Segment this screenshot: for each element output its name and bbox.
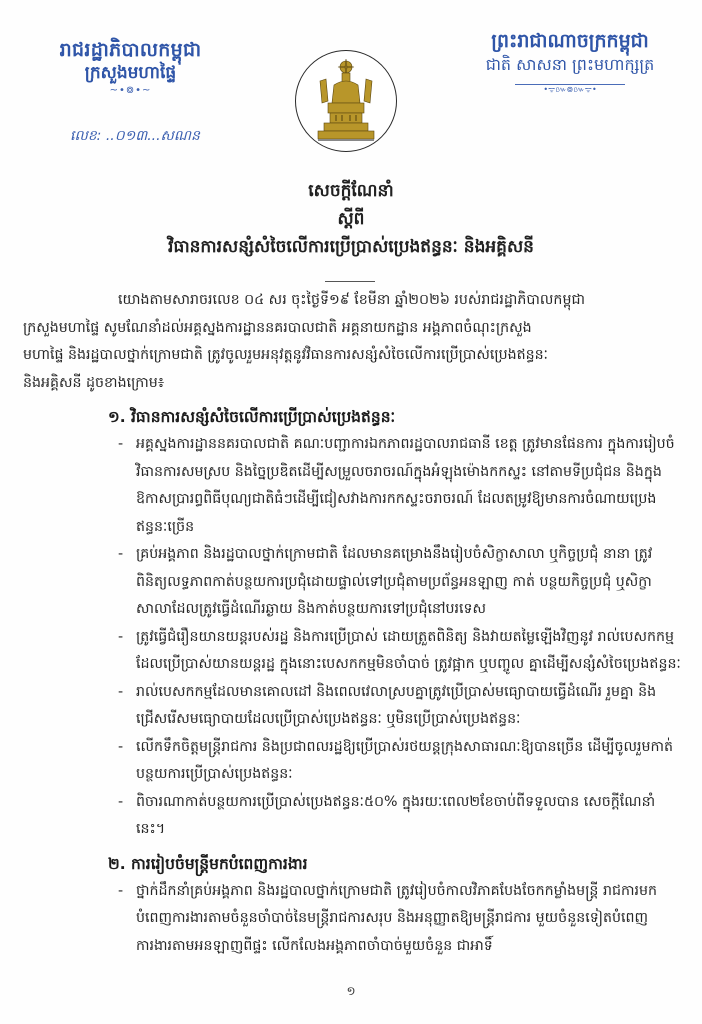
ornament-icon: •ᯤ៚៙៚ᯤ• <box>539 85 600 94</box>
document-page: រាជរដ្ឋាភិបាលកម្ពុជា ក្រសួងមហាផ្ទៃ ~•៙•~… <box>0 0 702 1024</box>
list-item: - លើកទឹកចិត្តមន្ត្រីរាជការ និងប្រជាពលរដ្… <box>118 734 683 789</box>
ministry-name: ក្រសួងមហាផ្ទៃ <box>48 62 213 84</box>
intro-line: ក្រសួងមហាផ្ទៃ សូមណែនាំដល់អគ្គស្នងការដ្ឋា… <box>23 315 683 343</box>
document-body: យោងតាមសារាចរលេខ ០៤ សរ ចុះថ្ងៃទី១៩ ខែមីនា… <box>118 287 683 960</box>
list-item: - រាល់បេសកកម្មដែលមានគោលដៅ និងពេលវេលាស្រប… <box>118 679 683 734</box>
section-heading: ១. វិធានការសន្សំសំចៃលើការប្រើប្រាស់ប្រេង… <box>108 403 683 431</box>
royal-emblem-icon <box>295 50 397 152</box>
kingdom-name: ព្រះរាជាណាចក្រកម្ពុជា <box>470 28 670 54</box>
intro-line: មហាផ្ទៃ និងរដ្ឋបាលថ្នាក់ក្រោមជាតិ ត្រូវច… <box>23 342 683 370</box>
list-item: - អគ្គស្នងការដ្ឋាននគរបាលជាតិ គណៈបញ្ជាការ… <box>118 431 683 541</box>
ministry-header: រាជរដ្ឋាភិបាលកម្ពុជា ក្រសួងមហាផ្ទៃ ~•៙•~… <box>48 38 213 98</box>
title-divider <box>325 281 375 282</box>
list-item: - គ្រប់អង្គភាព និងរដ្ឋបាលថ្នាក់ក្រោមជាតិ… <box>118 541 683 624</box>
government-name: រាជរដ្ឋាភិបាលកម្ពុជា <box>48 38 213 62</box>
reference-number: លេខ: ..០១៣...សណន <box>70 126 250 147</box>
section-heading: ២. ការរៀបចំមន្ត្រីមកបំពេញការងារ <box>108 850 683 878</box>
intro-line: យោងតាមសារាចរលេខ ០៤ សរ ចុះថ្ងៃទី១៩ ខែមីនា… <box>118 287 683 315</box>
document-title: វិធានការសន្សំសំចៃលើការប្រើប្រាស់ប្រេងឥន្… <box>0 236 702 261</box>
intro-paragraph: យោងតាមសារាចរលេខ ០៤ សរ ចុះថ្ងៃទី១៩ ខែមីនា… <box>118 287 683 397</box>
ornament-icon: ~•៙•~ <box>48 84 213 98</box>
list-item: - ពិចារណាកាត់បន្ថយការប្រើប្រាស់ប្រេងឥន្ធ… <box>118 789 683 844</box>
document-type: សេចក្តីណែនាំ <box>0 180 702 205</box>
list-item: - ថ្នាក់ដឹកនាំគ្រប់អង្គភាព និងរដ្ឋបាលថ្ន… <box>118 878 683 961</box>
national-motto: ជាតិ សាសនា ព្រះមហាក្សត្រ <box>470 54 670 76</box>
page-number: ១ <box>0 983 702 1001</box>
kingdom-header: ព្រះរាជាណាចក្រកម្ពុជា ជាតិ សាសនា ព្រះមហា… <box>470 28 670 88</box>
header-rule: •ᯤ៚៙៚ᯤ• <box>515 80 625 88</box>
intro-line: និងអគ្គិសនី ដូចខាងក្រោម៖ <box>23 370 683 398</box>
title-subject-label: ស្តីពី <box>0 208 702 233</box>
list-item: - ត្រូវធ្វើជំរឿនយានយន្តរបស់រដ្ឋ និងការប្… <box>118 624 683 679</box>
